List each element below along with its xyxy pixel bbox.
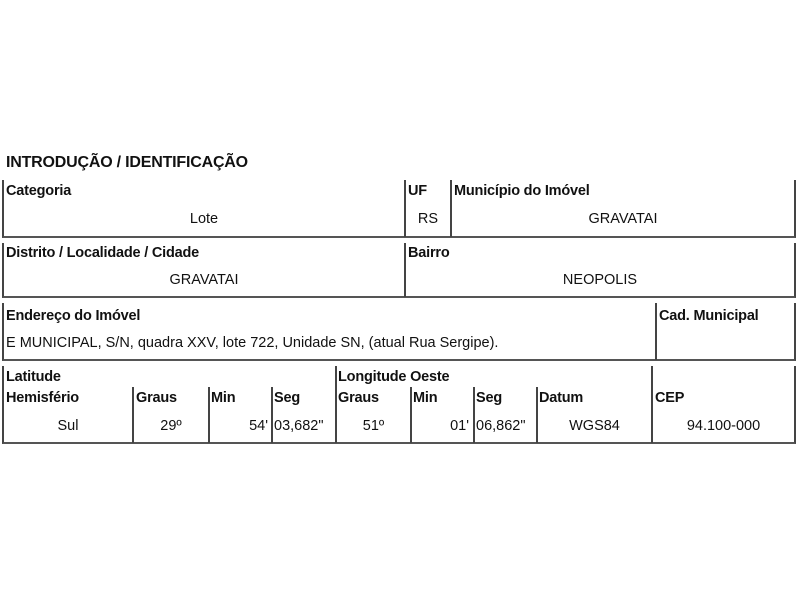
cep-label: CEP bbox=[655, 390, 684, 406]
lat-min-value: 54' bbox=[210, 418, 268, 434]
long-seg-label: Seg bbox=[476, 390, 502, 406]
datum-label: Datum bbox=[539, 390, 583, 406]
distrito-label: Distrito / Localidade / Cidade bbox=[6, 245, 199, 261]
lat-seg-label: Seg bbox=[274, 390, 300, 406]
divider bbox=[536, 387, 538, 443]
cep-value: 94.100-000 bbox=[653, 418, 794, 434]
long-graus-label: Graus bbox=[338, 390, 379, 406]
hemisferio-value: Sul bbox=[4, 418, 132, 434]
lat-min-label: Min bbox=[211, 390, 235, 406]
categoria-label: Categoria bbox=[6, 183, 71, 199]
municipio-value: GRAVATAI bbox=[452, 211, 794, 227]
cad-municipal-label: Cad. Municipal bbox=[659, 308, 759, 324]
bairro-label: Bairro bbox=[408, 245, 450, 261]
hemisferio-label: Hemisfério bbox=[6, 390, 79, 406]
datum-value: WGS84 bbox=[538, 418, 651, 434]
categoria-value: Lote bbox=[4, 211, 404, 227]
uf-label: UF bbox=[408, 183, 427, 199]
long-graus-value: 51º bbox=[337, 418, 410, 434]
lat-graus-value: 29º bbox=[134, 418, 208, 434]
row-categoria-uf-municipio bbox=[2, 180, 796, 238]
distrito-value: GRAVATAI bbox=[4, 272, 404, 288]
long-seg-value: 06,862" bbox=[476, 418, 526, 434]
divider bbox=[450, 180, 452, 237]
long-min-value: 01' bbox=[412, 418, 469, 434]
endereco-label: Endereço do Imóvel bbox=[6, 308, 140, 324]
section-title: INTRODUÇÃO / IDENTIFICAÇÃO bbox=[6, 154, 248, 172]
divider bbox=[473, 387, 475, 443]
endereco-value: E MUNICIPAL, S/N, quadra XXV, lote 722, … bbox=[6, 335, 498, 351]
municipio-label: Município do Imóvel bbox=[454, 183, 590, 199]
divider bbox=[404, 243, 406, 297]
uf-value: RS bbox=[406, 211, 450, 227]
divider bbox=[410, 387, 412, 443]
longitude-group-label: Longitude Oeste bbox=[338, 369, 449, 385]
divider bbox=[271, 387, 273, 443]
divider bbox=[655, 303, 657, 360]
divider bbox=[404, 180, 406, 237]
property-identification-form: INTRODUÇÃO / IDENTIFICAÇÃO Categoria Lot… bbox=[0, 0, 800, 600]
latitude-group-label: Latitude bbox=[6, 369, 61, 385]
lat-seg-value: 03,682" bbox=[274, 418, 324, 434]
lat-graus-label: Graus bbox=[136, 390, 177, 406]
divider bbox=[132, 387, 134, 443]
divider bbox=[208, 387, 210, 443]
bairro-value: NEOPOLIS bbox=[406, 272, 794, 288]
long-min-label: Min bbox=[413, 390, 437, 406]
